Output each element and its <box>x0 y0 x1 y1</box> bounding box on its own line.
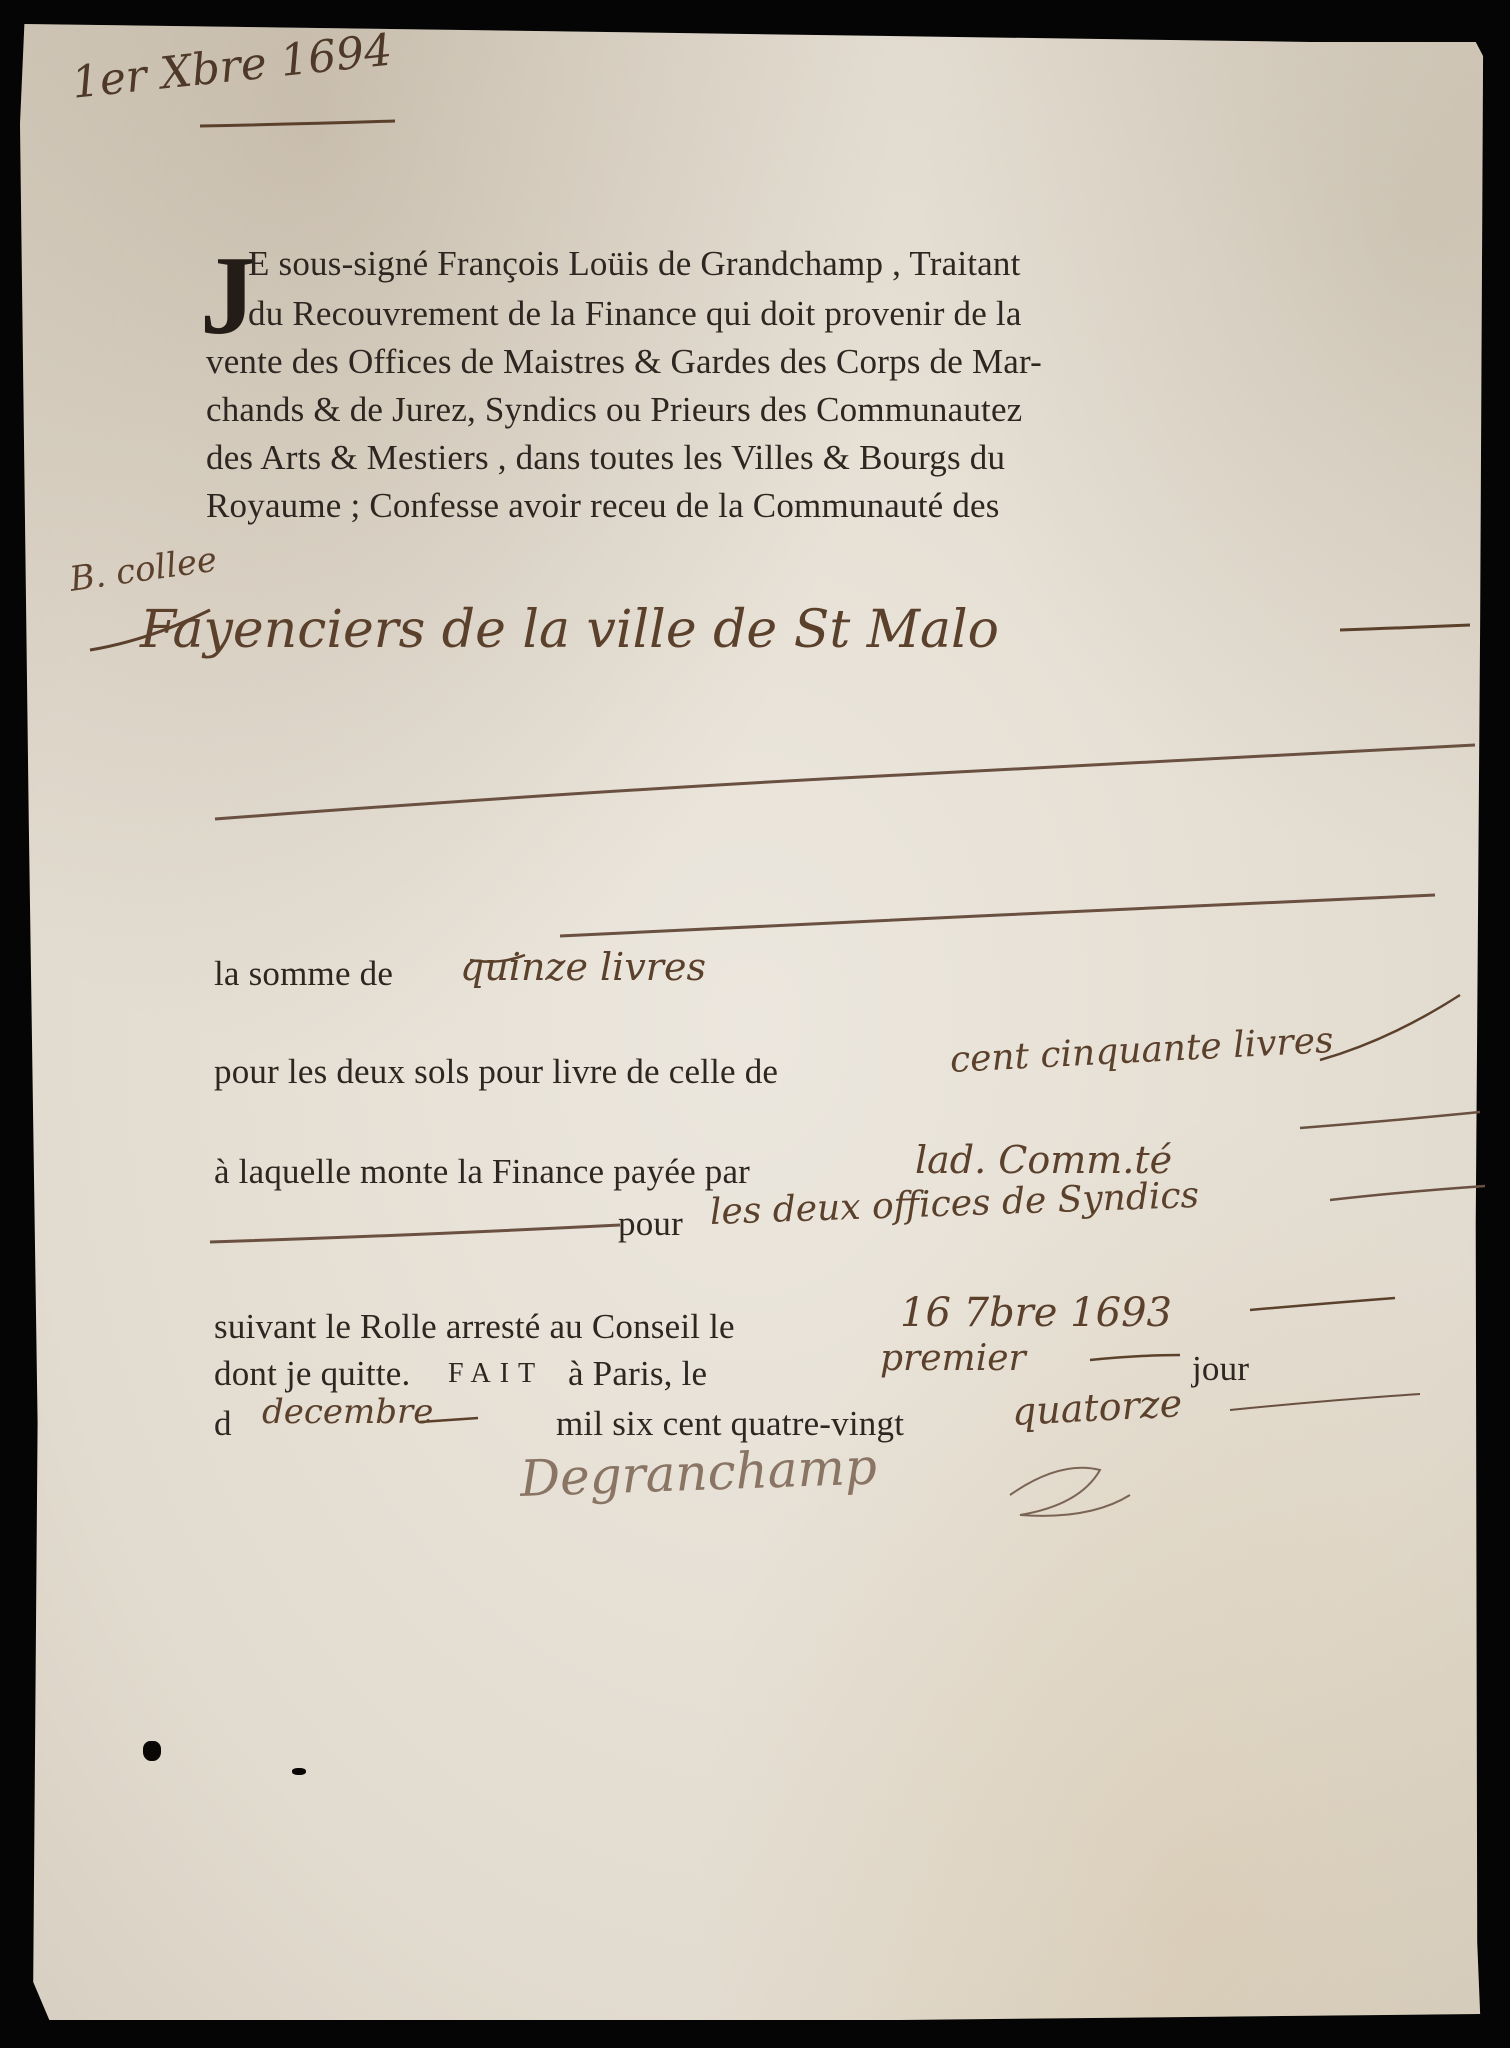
annee-value: quatorze <box>1011 1381 1183 1434</box>
printed-line-1: E sous-signé François Loüis de Grandcham… <box>248 240 1021 288</box>
printed-line-4: chands & de Jurez, Syndics ou Prieurs de… <box>206 386 1022 434</box>
suivant-label: suivant le Rolle arresté au Conseil le <box>214 1303 735 1351</box>
deux-sols-label: pour les deux sols pour livre de celle d… <box>214 1048 778 1096</box>
printed-line-3: vente des Offices de Maistres & Gardes d… <box>206 338 1042 386</box>
d-label: d <box>214 1400 232 1448</box>
pour-label: pour <box>618 1200 683 1248</box>
suivant-date: 16 7bre 1693 <box>900 1290 1172 1336</box>
printed-line-2: du Recouvrement de la Finance qui doit p… <box>248 290 1022 338</box>
printed-line-5: des Arts & Mestiers , dans toutes les Vi… <box>206 434 1005 482</box>
paris-label: à Paris, le <box>568 1350 707 1398</box>
fait-label: FAIT <box>448 1350 544 1398</box>
jour-label: jour <box>1192 1345 1249 1393</box>
paper-hole <box>143 1741 161 1761</box>
laquelle-label: à laquelle monte la Finance payée par <box>214 1148 750 1196</box>
printed-line-6: Royaume ; Confesse avoir receu de la Com… <box>206 482 1000 530</box>
paper-hole-small <box>292 1768 306 1775</box>
laquelle-payer: lad. Comm.té <box>915 1138 1172 1182</box>
dont-label: dont je quitte. <box>214 1350 410 1398</box>
somme-label: la somme de <box>214 950 393 998</box>
somme-amount: quinze livres <box>460 945 706 989</box>
mois-value: decembre <box>262 1392 433 1432</box>
jour-value: premier <box>880 1338 1026 1379</box>
community-name: Fayenciers de la ville de St Malo <box>140 600 999 660</box>
